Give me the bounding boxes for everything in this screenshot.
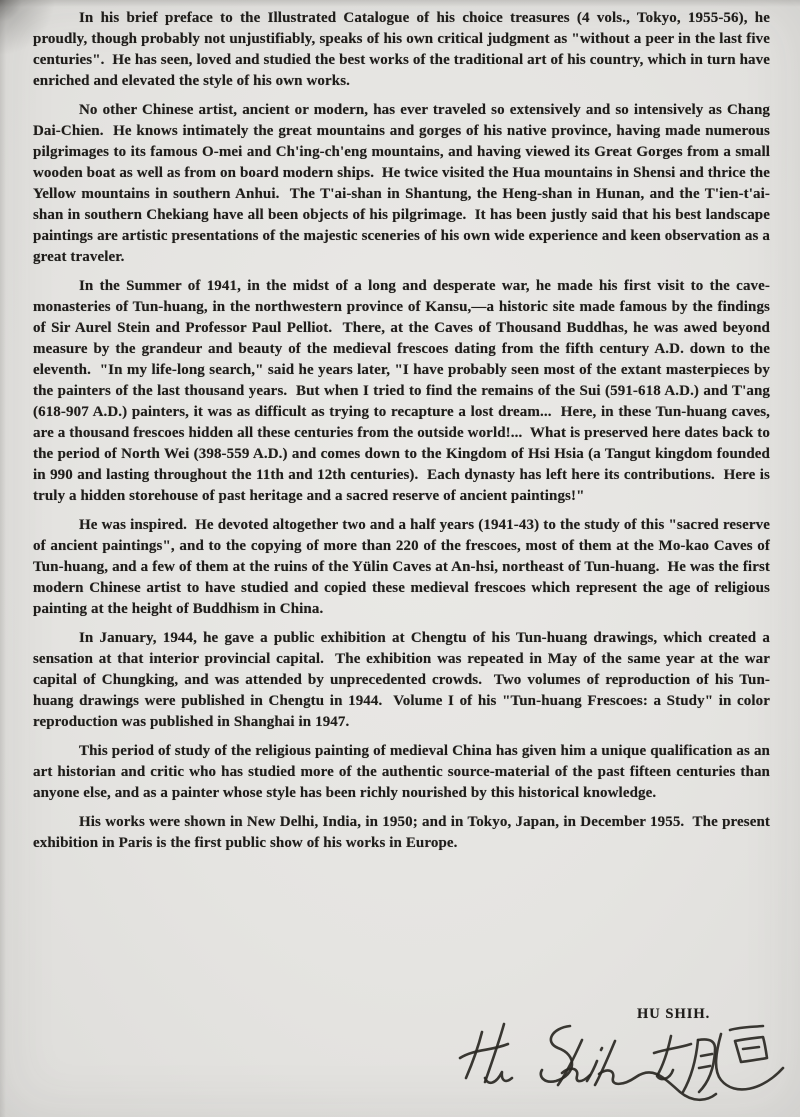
handwritten-signature-icon: [458, 1018, 788, 1110]
scanned-document-page: In his brief preface to the Illustrated …: [0, 0, 800, 1117]
paragraph-preface-catalogue: In his brief preface to the Illustrated …: [33, 8, 770, 92]
paragraph-traveler: No other Chinese artist, ancient or mode…: [33, 100, 770, 268]
signature-block: HU SHIH.: [440, 1000, 800, 1117]
paragraph-tun-huang-visit: In the Summer of 1941, in the midst of a…: [33, 276, 770, 507]
paragraph-copying-frescoes: He was inspired. He devoted altogether t…: [33, 515, 770, 620]
paragraph-paris-exhibition: His works were shown in New Delhi, India…: [33, 812, 770, 854]
document-body: In his brief preface to the Illustrated …: [33, 8, 770, 862]
paragraph-qualification: This period of study of the religious pa…: [33, 741, 770, 804]
paragraph-exhibitions-1944: In January, 1944, he gave a public exhib…: [33, 628, 770, 733]
